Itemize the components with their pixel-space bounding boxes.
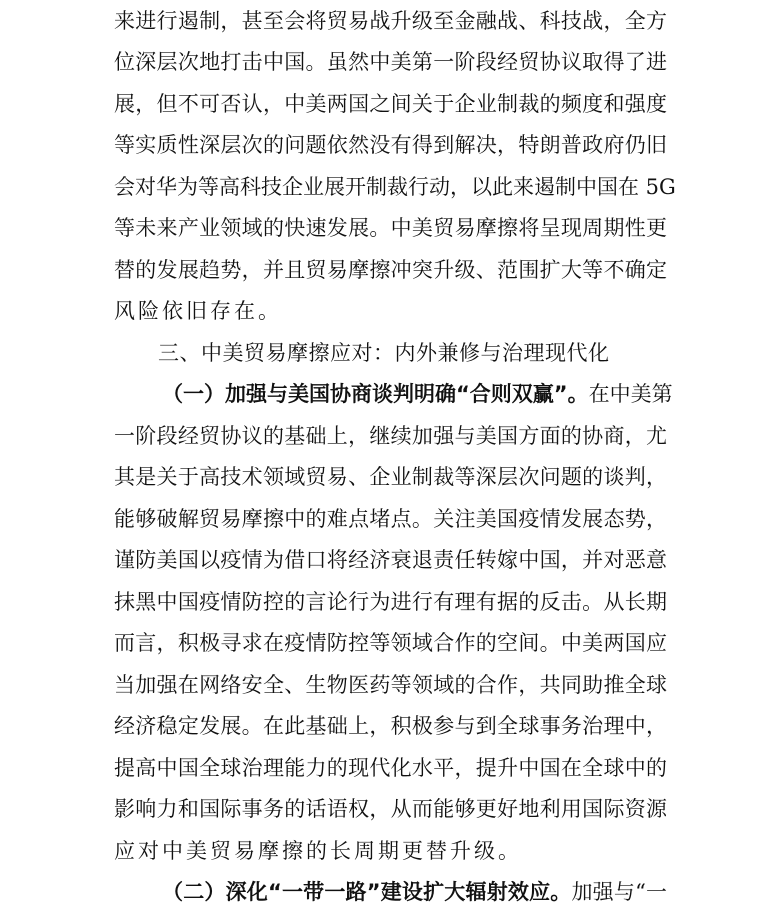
body-text-line: 谨防美国以疫情为借口将经济衰退责任转嫁中国，并对恶意 — [114, 545, 667, 575]
body-text-line: 影响力和国际事务的话语权，从而能够更好地利用国际资源 — [114, 794, 667, 824]
body-text-line: 能够破解贸易摩擦中的难点堵点。关注美国疫情发展态势， — [114, 504, 667, 534]
document-page: 来进行遏制，甚至会将贸易战升级至金融战、科技战，全方 位深层次地打击中国。虽然中… — [0, 0, 778, 910]
body-text-fragment: 在中美第 — [589, 382, 673, 406]
body-text-fragment: 加强与“一 — [571, 880, 667, 904]
subsection-heading-line: （一）加强与美国协商谈判明确“合则双赢”。在中美第 — [162, 379, 667, 409]
body-text-line: 提高中国全球治理能力的现代化水平，提升中国在全球中的 — [114, 753, 667, 783]
body-text-line: 等未来产业领域的快速发展。中美贸易摩擦将呈现周期性更 — [114, 213, 667, 243]
subsection-title: （二）深化“一带一路”建设扩大辐射效应。 — [162, 880, 571, 904]
section-heading: 三、中美贸易摩擦应对：内外兼修与治理现代化 — [158, 338, 610, 368]
body-text-line: 而言，积极寻求在疫情防控等领域合作的空间。中美两国应 — [114, 628, 667, 658]
body-text-line: 等实质性深层次的问题依然没有得到解决，特朗普政府仍旧 — [114, 130, 667, 160]
body-text-line: 风险依旧存在。 — [114, 296, 667, 326]
body-text-line: 抹黑中国疫情防控的言论行为进行有理有据的反击。从长期 — [114, 587, 667, 617]
body-text-line: 应对中美贸易摩擦的长周期更替升级。 — [114, 836, 667, 866]
body-text-line: 来进行遏制，甚至会将贸易战升级至金融战、科技战，全方 — [114, 6, 667, 36]
body-text-line: 当加强在网络安全、生物医药等领域的合作，共同助推全球 — [114, 670, 667, 700]
body-text-line: 位深层次地打击中国。虽然中美第一阶段经贸协议取得了进 — [114, 47, 667, 77]
body-text-line: 经济稳定发展。在此基础上，积极参与到全球事务治理中， — [114, 711, 667, 741]
body-text-line: 展，但不可否认，中美两国之间关于企业制裁的频度和强度 — [114, 89, 667, 119]
body-text-line: 会对华为等高科技企业展开制裁行动，以此来遏制中国在 5G — [114, 172, 667, 202]
subsection-title: （一）加强与美国协商谈判明确“合则双赢”。 — [162, 382, 589, 406]
body-text-line: 一阶段经贸协议的基础上，继续加强与美国方面的协商，尤 — [114, 421, 667, 451]
body-text-line: 替的发展趋势，并且贸易摩擦冲突升级、范围扩大等不确定 — [114, 255, 667, 285]
subsection-heading-line: （二）深化“一带一路”建设扩大辐射效应。加强与“一 — [162, 877, 667, 907]
body-text-line: 其是关于高技术领域贸易、企业制裁等深层次问题的谈判， — [114, 462, 667, 492]
